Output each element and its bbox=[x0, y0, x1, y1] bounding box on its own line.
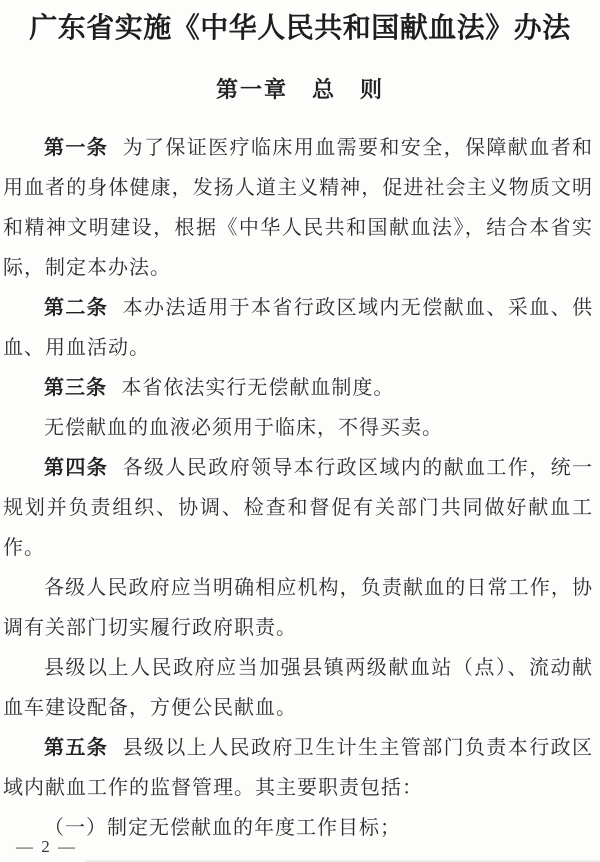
paragraph-article-3-clause: 无偿献血的血液必须用于临床，不得买卖。 bbox=[3, 408, 593, 448]
article-text: 无偿献血的血液必须用于临床，不得买卖。 bbox=[44, 417, 443, 439]
paragraph-article-4-clause-3: 县级以上人民政府应当加强县镇两级献血站（点）、流动献血车建设配备，方便公民献血。 bbox=[3, 648, 593, 728]
paragraph-article-4: 第四条各级人民政府领导本行政区域内的献血工作，统一规划并负责组织、协调、检查和督… bbox=[3, 448, 593, 568]
document-body: 第一条为了保证医疗临床用血需要和安全，保障献血者和用血者的身体健康，发扬人道主义… bbox=[0, 128, 600, 848]
article-text: 县级以上人民政府应当加强县镇两级献血站（点）、流动献血车建设配备，方便公民献血。 bbox=[3, 657, 593, 719]
article-text: 各级人民政府应当明确相应机构，负责献血的日常工作，协调有关部门切实履行政府职责。 bbox=[3, 577, 593, 639]
paragraph-article-4-clause-2: 各级人民政府应当明确相应机构，负责献血的日常工作，协调有关部门切实履行政府职责。 bbox=[3, 568, 593, 648]
document-page: 广东省实施《中华人民共和国献血法》办法 第一章 总 则 第一条为了保证医疗临床用… bbox=[0, 0, 600, 862]
paragraph-article-5: 第五条县级以上人民政府卫生计生主管部门负责本行政区域内献血工作的监督管理。其主要… bbox=[3, 728, 593, 808]
article-number: 第二条 bbox=[44, 297, 108, 319]
document-title: 广东省实施《中华人民共和国献血法》办法 bbox=[0, 0, 600, 46]
paragraph-article-5-item-1: （一）制定无偿献血的年度工作目标； bbox=[3, 808, 593, 848]
chapter-heading: 第一章 总 则 bbox=[0, 77, 600, 103]
paragraph-article-3: 第三条本省依法实行无偿献血制度。 bbox=[3, 368, 593, 408]
article-number: 第五条 bbox=[44, 737, 108, 759]
paragraph-article-1: 第一条为了保证医疗临床用血需要和安全，保障献血者和用血者的身体健康，发扬人道主义… bbox=[3, 128, 593, 288]
article-number: 第四条 bbox=[44, 457, 108, 479]
article-number: 第三条 bbox=[44, 377, 107, 399]
article-text: （一）制定无偿献血的年度工作目标； bbox=[44, 817, 401, 839]
article-text: 本省依法实行无偿献血制度。 bbox=[121, 377, 394, 399]
page-number: — 2 — bbox=[16, 836, 77, 858]
article-number: 第一条 bbox=[44, 137, 108, 159]
paragraph-article-2: 第二条本办法适用于本省行政区域内无偿献血、采血、供血、用血活动。 bbox=[3, 288, 593, 368]
